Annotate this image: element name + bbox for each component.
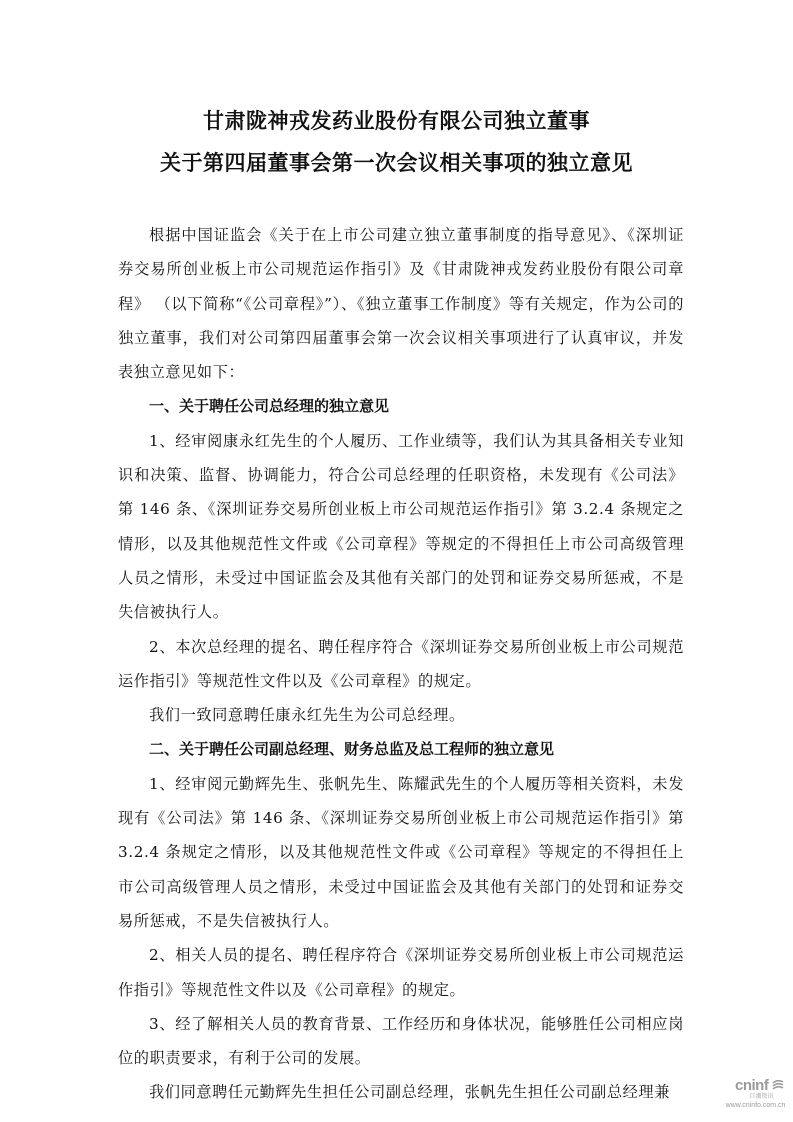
section-1-heading: 一、关于聘任公司总经理的独立意见 [118,389,684,423]
section-2-heading: 二、关于聘任公司副总经理、财务总监及总工程师的独立意见 [118,732,684,766]
section-2-paragraph-3: 3、经了解相关人员的教育背景、工作经历和身体状况，能够胜任公司相应岗位的职责要求… [118,1007,684,1076]
cninfo-watermark: cninf 巨潮资讯 www.cninfo.com.cn [718,1078,793,1110]
intro-paragraph: 根据中国证监会《关于在上市公司建立独立董事制度的指导意见》、《深圳证券交易所创业… [118,218,684,389]
document-body: 根据中国证监会《关于在上市公司建立独立董事制度的指导意见》、《深圳证券交易所创业… [118,218,684,1110]
brand-url: www.cninfo.com.cn [718,1101,793,1110]
section-1-conclusion: 我们一致同意聘任康永红先生为公司总经理。 [118,698,684,732]
swirl-logo-icon [772,1079,784,1091]
brand-text: cninf [735,1077,768,1094]
document-title-line2: 关于第四届董事会第一次会议相关事项的独立意见 [0,147,793,177]
section-2-conclusion: 我们同意聘任元勤辉先生担任公司副总经理，张帆先生担任公司副总经理兼 [118,1075,684,1109]
section-1-paragraph-2: 2、本次总经理的提名、聘任程序符合《深圳证券交易所创业板上市公司规范运作指引》等… [118,630,684,699]
section-2-paragraph-2: 2、相关人员的提名、聘任程序符合《深圳证券交易所创业板上市公司规范运作指引》等规… [118,938,684,1007]
section-2-paragraph-1: 1、经审阅元勤辉先生、张帆先生、陈耀武先生的个人履历等相关资料，未发现有《公司法… [118,767,684,938]
section-1-paragraph-1: 1、经审阅康永红先生的个人履历、工作业绩等，我们认为其具备相关专业知识和决策、监… [118,424,684,630]
document-title-line1: 甘肃陇神戎发药业股份有限公司独立董事 [0,105,793,135]
brand-chinese: 巨潮资讯 [718,1093,793,1101]
